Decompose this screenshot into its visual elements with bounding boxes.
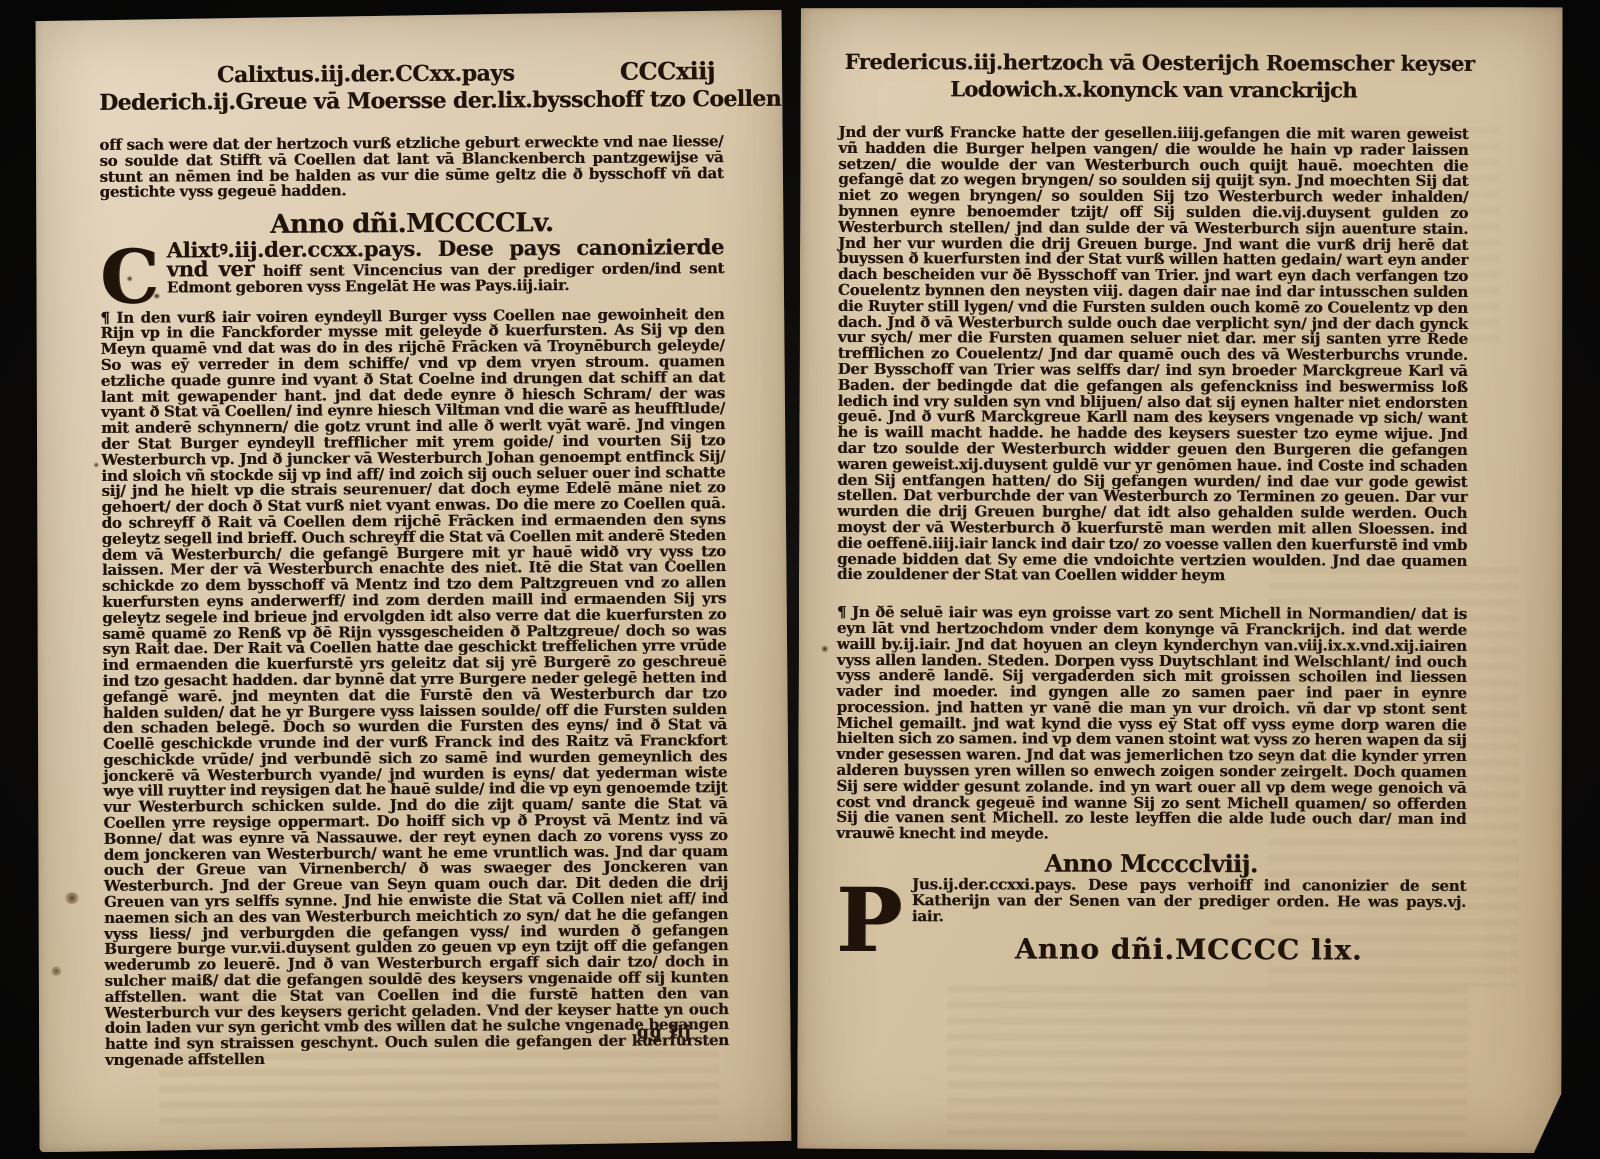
intro-paragraph: off sach were dat der hertzoch vurß etzl… [99,134,723,201]
running-title-line1: Fredericus.iij.hertzoch vā Oesterijch Ro… [845,49,1469,76]
drop-cap-c: C [100,249,159,307]
anno-1459-heading: Anno dñi.MCCCC lix. [836,932,1466,967]
running-title-line2: Dederich.ij.Greue vā Moersse der.lix.bys… [99,86,723,116]
signature-mark: gg iij [637,1022,692,1042]
right-page: Fredericus.iij.hertzoch vā Oesterijch Ro… [797,5,1565,1153]
running-title-line2: Lodowich.x.konynck van vranckrijch [839,76,1469,103]
chronicle-body-text: ¶ In den vurß iair voiren eyndeyll Burge… [100,307,729,1069]
running-title-line1: Calixtus.iij.der.CCxx.pays [217,60,515,88]
left-page: Calixtus.iij.der.CCxx.pays CCCxiij Deder… [33,10,792,1153]
pius-canonization-paragraph: PJus.ij.der.ccxxi.pays. Dese pays verhoi… [836,877,1466,926]
folio-number: CCCxiij [620,56,715,86]
drop-cap-p: P [836,887,902,953]
left-running-head: Calixtus.iij.der.CCxx.pays CCCxiij [99,56,723,89]
westerburch-feud-paragraph: Jnd der vurß Francke hatte der gesellen.… [837,125,1468,585]
calixtus-canonization-paragraph: CAlixtꝰ.iij.der.ccxx.pays. Dese pays can… [100,239,724,296]
photograph-background: Calixtus.iij.der.CCxx.pays CCCxiij Deder… [0,0,1600,1159]
saint-michel-pilgrimage-paragraph: ¶ Jn ðē seluē iair was eyn groisse vart … [836,605,1467,844]
